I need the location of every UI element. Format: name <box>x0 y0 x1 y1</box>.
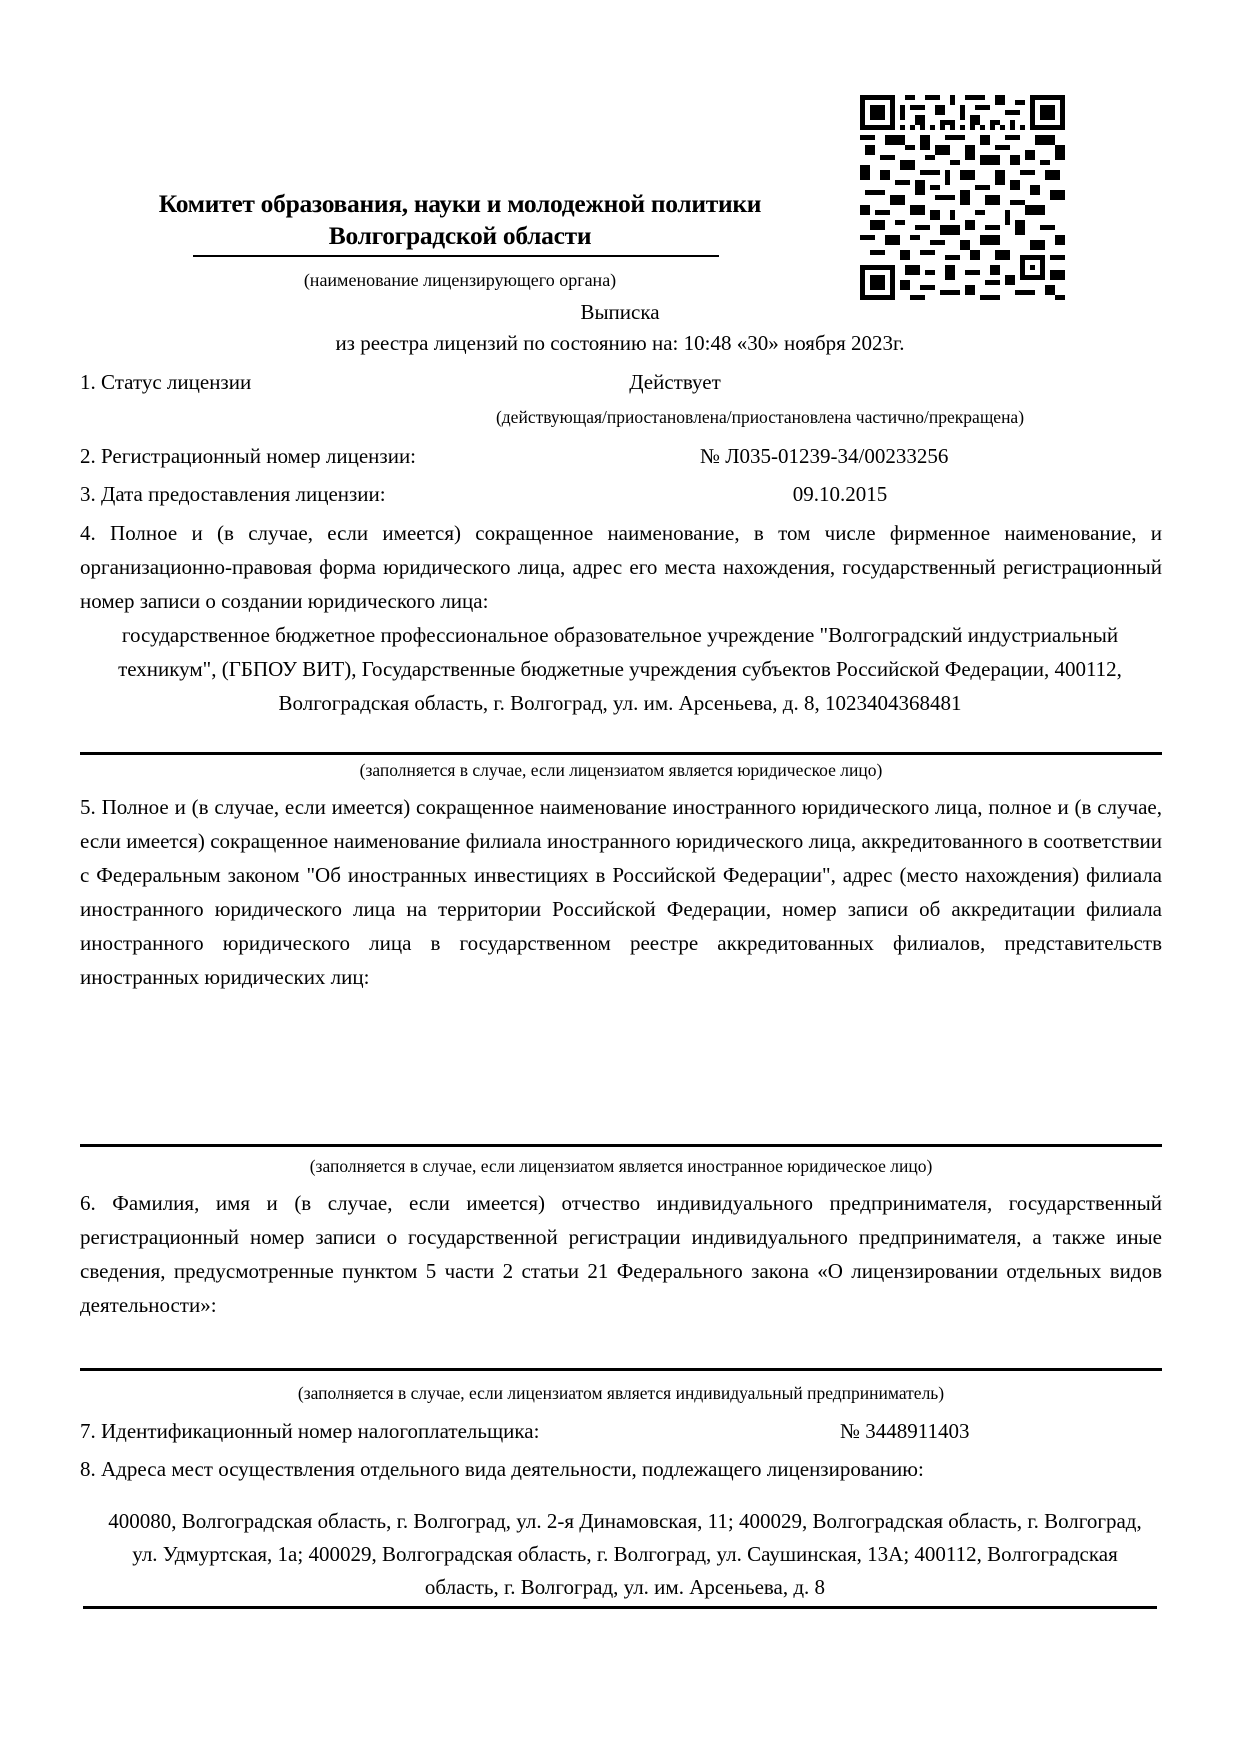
addresses-value: 400080, Волгоградская область, г. Волгог… <box>105 1505 1145 1604</box>
authority-caption: (наименование лицензирующего органа) <box>100 270 820 291</box>
legal-entity-caption: (заполняется в случае, если лицензиатом … <box>80 760 1162 781</box>
foreign-entity-caption: (заполняется в случае, если лицензиатом … <box>80 1156 1162 1177</box>
inn-value: № 3448911403 <box>840 1419 1010 1444</box>
status-caption: (действующая/приостановлена/приостановле… <box>400 407 1120 428</box>
addresses-rule <box>83 1606 1157 1609</box>
authority-line-1: Комитет образования, науки и молодежной … <box>100 188 820 220</box>
legal-entity-value: государственное бюджетное профессиональн… <box>95 618 1145 720</box>
status-value: Действует <box>560 370 790 395</box>
licensing-authority-name: Комитет образования, науки и молодежной … <box>100 188 820 252</box>
legal-entity-rule <box>80 752 1162 755</box>
reg-number-label: 2. Регистрационный номер лицензии: <box>80 444 416 469</box>
qr-code-icon <box>860 95 1065 300</box>
legal-entity-label: 4. Полное и (в случае, если имеется) сок… <box>80 516 1162 618</box>
issue-date-label: 3. Дата предоставления лицензии: <box>80 482 386 507</box>
document-title: Выписка <box>0 300 1240 325</box>
entrepreneur-caption: (заполняется в случае, если лицензиатом … <box>80 1383 1162 1404</box>
authority-line-2: Волгоградской области <box>100 220 820 252</box>
reg-number-value: № Л035-01239-34/00233256 <box>700 444 990 469</box>
foreign-entity-rule <box>80 1144 1162 1147</box>
status-label: 1. Статус лицензии <box>80 370 251 395</box>
inn-label: 7. Идентификационный номер налогоплатель… <box>80 1419 539 1444</box>
addresses-label: 8. Адреса мест осуществления отдельного … <box>80 1457 924 1482</box>
document-subtitle: из реестра лицензий по состоянию на: 10:… <box>0 331 1240 356</box>
entrepreneur-label: 6. Фамилия, имя и (в случае, если имеетс… <box>80 1186 1162 1322</box>
entrepreneur-rule <box>80 1368 1162 1371</box>
issue-date-value: 09.10.2015 <box>760 482 920 507</box>
authority-underline <box>193 255 719 257</box>
foreign-entity-label: 5. Полное и (в случае, если имеется) сок… <box>80 790 1162 994</box>
